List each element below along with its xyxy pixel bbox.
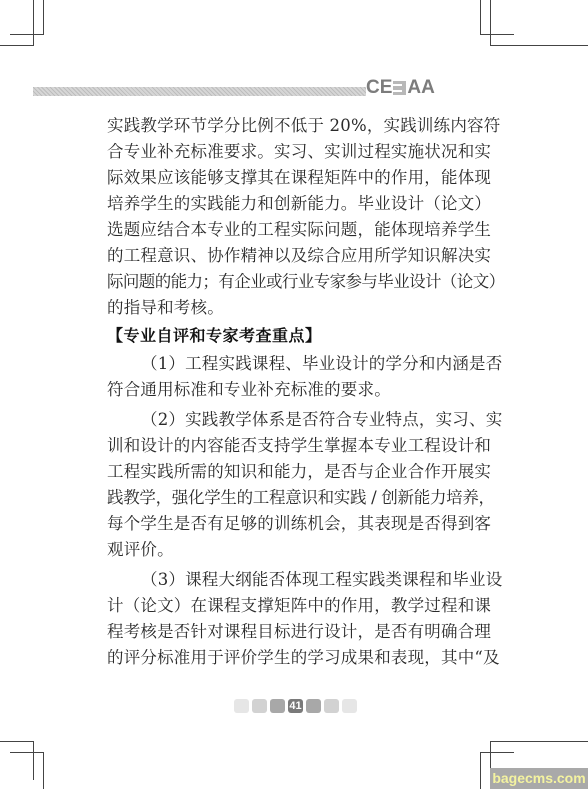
page-number: 41 [288,699,303,713]
crop-mark-bottom-left-h2 [10,752,44,753]
logo-text-left: CE [366,78,392,98]
site-watermark: bagecms.com [490,768,588,789]
crop-mark-bottom-right-v2 [480,752,481,789]
section-heading: 【专业自评和专家考查重点】 [107,321,487,351]
page-deco-block [252,699,267,713]
page-number-strip: 41 [234,699,357,713]
logo-text-right: AA [407,78,434,98]
page-deco-block [324,699,339,713]
body-line: 实践教学环节学分比例不低于 20%，实践训练内容符 [107,113,487,139]
page-deco-block [306,699,321,713]
crop-mark-top-right-h1 [480,34,514,35]
crop-mark-top-left-h1 [10,34,44,35]
page-deco-block [270,699,285,713]
item-2-line: 践教学，强化学生的工程意识和实践 / 创新能力培养， [107,485,487,511]
crop-mark-top-right-v2 [490,0,491,46]
logo-e-glyph-icon [393,81,406,95]
page-deco-block [234,699,249,713]
body-line: 际问题的能力；有企业或行业专家参与毕业设计（论文） [107,269,487,295]
crop-mark-top-right-v1 [480,0,481,35]
header-hatched-bar [33,87,366,96]
item-3-line: （3）课程大纲能否体现工程实践类课程和毕业设 [107,567,487,593]
crop-mark-top-right-h2 [490,45,588,46]
crop-mark-bottom-left-h1 [0,741,34,742]
crop-mark-bottom-left-v2 [43,752,44,789]
body-line: 际效果应该能够支撑其在课程矩阵中的作用，能体现 [107,165,487,191]
item-2-line: 工程实践所需的知识和能力，是否与企业合作开展实 [107,459,487,485]
body-line: 的指导和考核。 [107,295,487,321]
item-2-line: 观评价。 [107,537,487,563]
item-3-line: 计（论文）在课程支撑矩阵中的作用，教学过程和课 [107,593,487,619]
item-2-line: （2）实践教学体系是否符合专业特点，实习、实 [107,407,487,433]
item-1-line: （1）工程实践课程、毕业设计的学分和内涵是否 [107,351,487,377]
body-line: 合专业补充标准要求。实习、实训过程实施状况和实 [107,139,487,165]
item-2-line: 训和设计的内容能否支持学生掌握本专业工程设计和 [107,433,487,459]
crop-mark-top-left-h2 [0,45,34,46]
crop-mark-top-left-v1 [33,0,34,46]
crop-mark-bottom-right-h2 [480,752,514,753]
crop-mark-bottom-left-v1 [33,741,34,780]
page-deco-block [342,699,357,713]
body-line: 培养学生的实践能力和创新能力。毕业设计（论文） [107,191,487,217]
body-line: 选题应结合本专业的工程实际问题，能体现培养学生 [107,217,487,243]
item-2-line: 每个学生是否有足够的训练机会，其表现是否得到客 [107,511,487,537]
item-1-line: 符合通用标准和专业补充标准的要求。 [107,377,487,403]
crop-mark-top-left-v2 [43,0,44,35]
body-line: 的工程意识、协作精神以及综合应用所学知识解决实 [107,243,487,269]
crop-mark-bottom-right-h1 [490,741,588,742]
page-body: 实践教学环节学分比例不低于 20%，实践训练内容符 合专业补充标准要求。实习、实… [107,113,487,671]
item-3-line: 程考核是否针对课程目标进行设计，是否有明确合理 [107,619,487,645]
ceeaa-logo: CE AA [366,78,435,98]
item-3-line: 的评分标准用于评价学生的学习成果和表现，其中“及 [107,645,487,671]
